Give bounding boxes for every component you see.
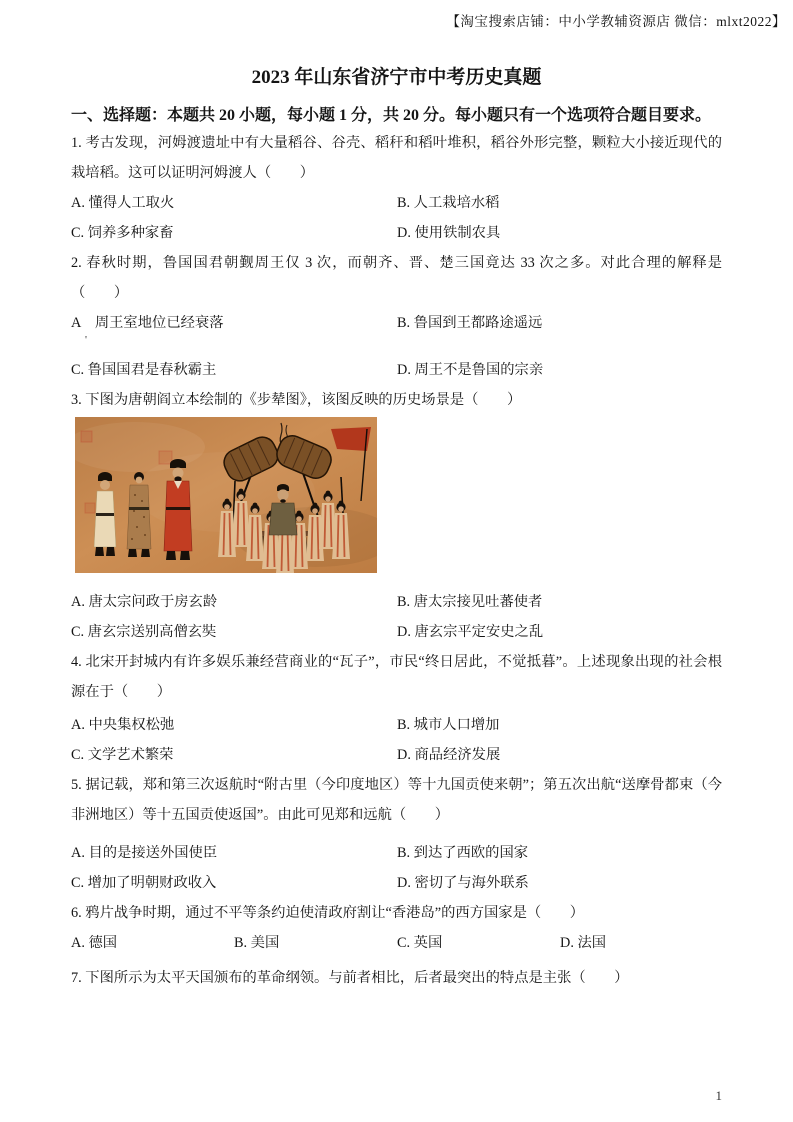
question-3-stem: 3. 下图为唐朝阎立本绘制的《步辇图》，该图反映的历史场景是（ ） (71, 385, 722, 415)
option-d: D. 密切了与海外联系 (397, 868, 722, 898)
option-b: B. 城市人口增加 (397, 710, 722, 740)
question-2-stem: 2. 春秋时期，鲁国国君朝觐周王仅 3 次，而朝齐、晋、楚三国竟达 33 次之多… (71, 248, 722, 308)
exam-content: 1. 考古发现，河姆渡遗址中有大量稻谷、谷壳、稻秆和稻叶堆积，稻谷外形完整，颗粒… (71, 128, 722, 993)
option-d: D. 法国 (560, 928, 722, 958)
option-c: C. 饲养多种家畜 (71, 218, 397, 248)
option-b: B. 鲁国到王都路途遥远 (397, 308, 722, 338)
question-1-stem: 1. 考古发现，河姆渡遗址中有大量稻谷、谷壳、稻秆和稻叶堆积，稻谷外形完整，颗粒… (71, 128, 722, 188)
question-6: 6. 鸦片战争时期，通过不平等条约迫使清政府割让“香港岛”的西方国家是（ ） A… (71, 898, 722, 958)
question-5: 5. 据记载，郑和第三次返航时“附古里（今印度地区）等十九国贡使来朝”；第五次出… (71, 770, 722, 898)
option-d: D. 商品经济发展 (397, 740, 722, 770)
question-1: 1. 考古发现，河姆渡遗址中有大量稻谷、谷壳、稻秆和稻叶堆积，稻谷外形完整，颗粒… (71, 128, 722, 248)
option-d: D. 周王不是鲁国的宗亲 (397, 355, 722, 385)
page-number: 1 (652, 1088, 722, 1104)
option-d: D. 唐玄宗平定安史之乱 (397, 617, 722, 647)
question-4: 4. 北宋开封城内有许多娱乐兼经营商业的“瓦子”，市民“终日居此，不觉抵暮”。上… (71, 647, 722, 770)
question-3: 3. 下图为唐朝阎立本绘制的《步辇图》，该图反映的历史场景是（ ） (71, 385, 722, 647)
question-4-stem: 4. 北宋开封城内有许多娱乐兼经营商业的“瓦子”，市民“终日居此，不觉抵暮”。上… (71, 647, 722, 707)
option-c: C. 唐玄宗送别高僧玄奘 (71, 617, 397, 647)
option-c: C. 增加了明朝财政收入 (71, 868, 397, 898)
option-b: B. 唐太宗接见吐蕃使者 (397, 587, 722, 617)
option-b: B. 美国 (234, 928, 397, 958)
question-7-stem: 7. 下图所示为太平天国颁布的革命纲领。与前者相比，后者最突出的特点是主张（ ） (71, 963, 722, 993)
stray-ink-mark: ' (85, 334, 87, 346)
question-3-options-row-1: A. 唐太宗问政于房玄龄 B. 唐太宗接见吐蕃使者 (71, 587, 722, 617)
option-c: C. 英国 (397, 928, 560, 958)
shop-watermark-note: 【淘宝搜索店铺：中小学教辅资源店 微信：mlxt2022】 (446, 10, 786, 30)
question-2-options-row-2: C. 鲁国国君是春秋霸主 D. 周王不是鲁国的宗亲 (71, 355, 722, 385)
question-5-stem: 5. 据记载，郑和第三次返航时“附古里（今印度地区）等十九国贡使来朝”；第五次出… (71, 770, 722, 830)
option-a: A. 懂得人工取火 (71, 188, 397, 218)
question-5-options-row-2: C. 增加了明朝财政收入 D. 密切了与海外联系 (71, 868, 722, 898)
option-a: A. 唐太宗问政于房玄龄 (71, 587, 397, 617)
section-heading: 一、选择题：本题共 20 小题，每小题 1 分，共 20 分。每小题只有一个选项… (71, 102, 731, 125)
page-title: 2023 年山东省济宁市中考历史真题 (0, 62, 793, 89)
option-c: C. 鲁国国君是春秋霸主 (71, 355, 397, 385)
question-2: 2. 春秋时期，鲁国国君朝觐周王仅 3 次，而朝齐、晋、楚三国竟达 33 次之多… (71, 248, 722, 385)
option-b: B. 人工栽培水稻 (397, 188, 722, 218)
option-a: A 周王室地位已经衰落 (71, 308, 397, 338)
question-7: 7. 下图所示为太平天国颁布的革命纲领。与前者相比，后者最突出的特点是主张（ ） (71, 963, 722, 993)
option-b: B. 到达了西欧的国家 (397, 838, 722, 868)
option-a: A. 目的是接送外国使臣 (71, 838, 397, 868)
question-1-options-row-1: A. 懂得人工取火 B. 人工栽培水稻 (71, 188, 722, 218)
bunian-tu-painting (75, 417, 377, 573)
question-4-options-row-1: A. 中央集权松弛 B. 城市人口增加 (71, 710, 722, 740)
question-5-options-row-1: A. 目的是接送外国使臣 B. 到达了西欧的国家 (71, 838, 722, 868)
question-4-options-row-2: C. 文学艺术繁荣 D. 商品经济发展 (71, 740, 722, 770)
question-6-options-row: A. 德国 B. 美国 C. 英国 D. 法国 (71, 928, 722, 958)
option-a: A. 中央集权松弛 (71, 710, 397, 740)
option-d: D. 使用铁制农具 (397, 218, 722, 248)
question-6-stem: 6. 鸦片战争时期，通过不平等条约迫使清政府割让“香港岛”的西方国家是（ ） (71, 898, 722, 928)
question-3-options-row-2: C. 唐玄宗送别高僧玄奘 D. 唐玄宗平定安史之乱 (71, 617, 722, 647)
stray-mark-row: ' (71, 338, 722, 355)
option-c: C. 文学艺术繁荣 (71, 740, 397, 770)
question-1-options-row-2: C. 饲养多种家畜 D. 使用铁制农具 (71, 218, 722, 248)
question-2-options-row-1: A 周王室地位已经衰落 B. 鲁国到王都路途遥远 (71, 308, 722, 338)
option-a: A. 德国 (71, 928, 234, 958)
